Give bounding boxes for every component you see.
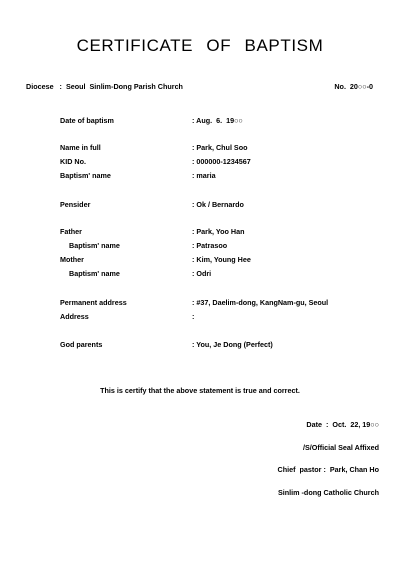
field-label: Baptism' name [69, 241, 120, 250]
field-label: Pensider [60, 200, 90, 209]
field-value: : Park, Chul Soo [192, 143, 248, 152]
field-value: : maria [192, 171, 216, 180]
field-value: : Park, Yoo Han [192, 227, 244, 236]
field-label: Mother [60, 255, 84, 264]
issue-date: Date : Oct. 22, 19○○ [306, 420, 379, 429]
field-label: Baptism' name [60, 171, 111, 180]
field-value: : Patrasoo [192, 241, 227, 250]
document-title: CERTIFICATE OF BAPTISM [0, 36, 400, 56]
field-value: : You, Je Dong (Perfect) [192, 340, 273, 349]
field-value: : [192, 312, 194, 321]
field-value: : 000000-1234567 [192, 157, 251, 166]
certification-statement: This is certify that the above statement… [0, 386, 400, 395]
field-value: : Aug. 6. 19○○ [192, 116, 243, 125]
field-label: Baptism' name [69, 269, 120, 278]
field-label: Address [60, 312, 89, 321]
church-name: Sinlim -dong Catholic Church [278, 488, 379, 497]
field-label: Name in full [60, 143, 101, 152]
field-label: Date of baptism [60, 116, 114, 125]
field-label: KID No. [60, 157, 86, 166]
field-label: Permanent address [60, 298, 127, 307]
field-value: : Ok / Bernardo [192, 200, 244, 209]
field-label: God parents [60, 340, 102, 349]
field-value: : Odri [192, 269, 211, 278]
field-value: : #37, Daelim-dong, KangNam-gu, Seoul [192, 298, 328, 307]
chief-pastor: Chief pastor : Park, Chan Ho [278, 465, 379, 474]
diocese-line: Diocese : Seoul Sinlim-Dong Parish Churc… [26, 82, 183, 91]
field-value: : Kim, Young Hee [192, 255, 251, 264]
official-seal: /S/Official Seal Affixed [303, 443, 379, 452]
field-label: Father [60, 227, 82, 236]
certificate-number: No. 20○○-0 [334, 82, 373, 91]
